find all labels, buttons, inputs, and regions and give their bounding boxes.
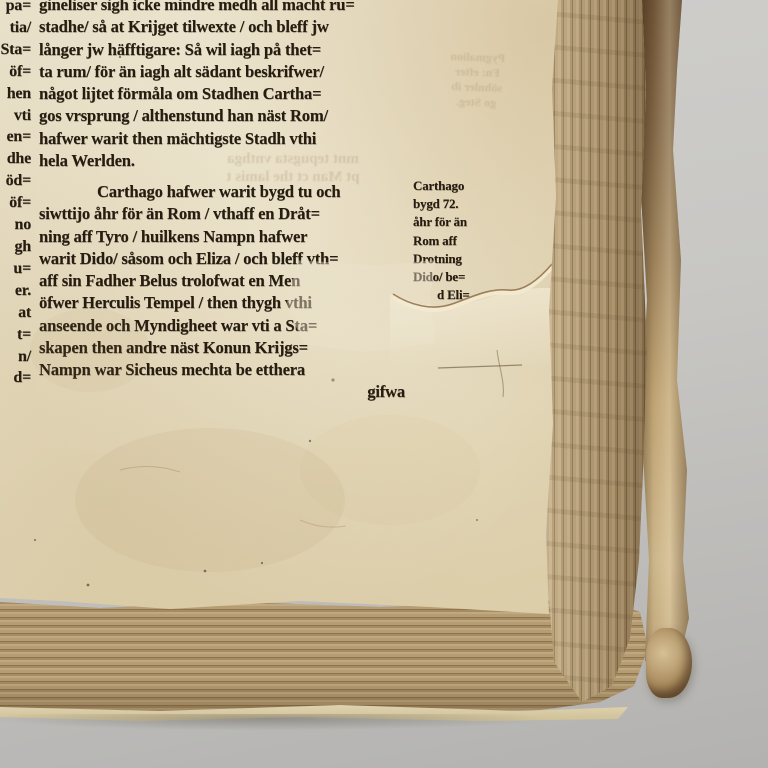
fragment-line: en= xyxy=(0,126,31,148)
margin-note-line: Rom aff xyxy=(413,232,519,250)
fragment-line: t= xyxy=(0,324,31,346)
text-line: hafwer warit then mächtigste Stadh vthi xyxy=(39,128,411,150)
fragment-line: öd= xyxy=(0,170,31,192)
spine-strap-curl xyxy=(646,628,692,698)
fragment-line: öf= xyxy=(0,192,31,214)
text-line: Carthago hafwer warit bygd tu och xyxy=(39,181,411,203)
margin-note-line: Carthago xyxy=(413,177,519,195)
showthrough-line: go Steg. xyxy=(421,93,531,112)
fragment-line: hen xyxy=(0,83,31,105)
text-line: ning aff Tyro / huilkens Nampn hafwer xyxy=(39,226,411,248)
fragment-line: Sta= xyxy=(0,39,31,61)
fragment-line: pa= xyxy=(0,0,31,17)
photo-background: mnt tepugsta vnthgapt Man ct the lamis t… xyxy=(0,0,768,768)
book-page: mnt tepugsta vnthgapt Man ct the lamis t… xyxy=(0,0,558,614)
book-fore-edge xyxy=(540,0,652,706)
fragment-line: vti xyxy=(0,105,31,127)
margin-note-line: bygd 72. xyxy=(413,195,519,213)
text-line: stadhe/ så at Krijget tilwexte / och ble… xyxy=(39,16,411,38)
fragment-line: u= xyxy=(0,258,31,280)
facing-page-line-fragments: pa=tia/Sta=öf=henvtien=dheöd=öf=noghu=er… xyxy=(0,0,31,389)
fragment-line: at xyxy=(0,302,31,324)
showthrough-text-right-margin: PygmalionFn: eftersöhnler ibgo Steg. xyxy=(421,48,533,112)
fragment-line: öf= xyxy=(0,61,31,83)
fragment-line: d= xyxy=(0,367,31,389)
paragraph-1: gineliser sigh icke mindre medh all mach… xyxy=(39,0,411,172)
fragment-line: tia/ xyxy=(0,17,31,39)
catchword: gifwa xyxy=(39,381,411,403)
fragment-line: er. xyxy=(0,280,31,302)
text-line: gos vrsprung / althenstund han näst Rom/ xyxy=(39,105,411,127)
fragment-line: n/ xyxy=(0,346,31,368)
margin-note-line: åhr för än xyxy=(413,213,519,231)
text-line: hela Werlden. xyxy=(39,150,411,172)
fragment-line: gh xyxy=(0,236,31,258)
text-line: långer jw häfftigare: Så wil iagh på the… xyxy=(39,39,411,61)
fragment-line: dhe xyxy=(0,148,31,170)
text-line: Nampn war Sicheus mechta be etthera xyxy=(39,359,411,381)
text-line: siwttijo åhr för än Rom / vthaff en Dråt… xyxy=(39,203,411,225)
text-line: något lijtet förmåla om Stadhen Cartha= xyxy=(39,83,411,105)
book-shadow xyxy=(0,714,672,740)
text-line: gineliser sigh icke mindre medh all mach… xyxy=(39,0,411,16)
text-line: ta rum/ för än iagh alt sädant beskrifwe… xyxy=(39,61,411,83)
fragment-line: no xyxy=(0,214,31,236)
